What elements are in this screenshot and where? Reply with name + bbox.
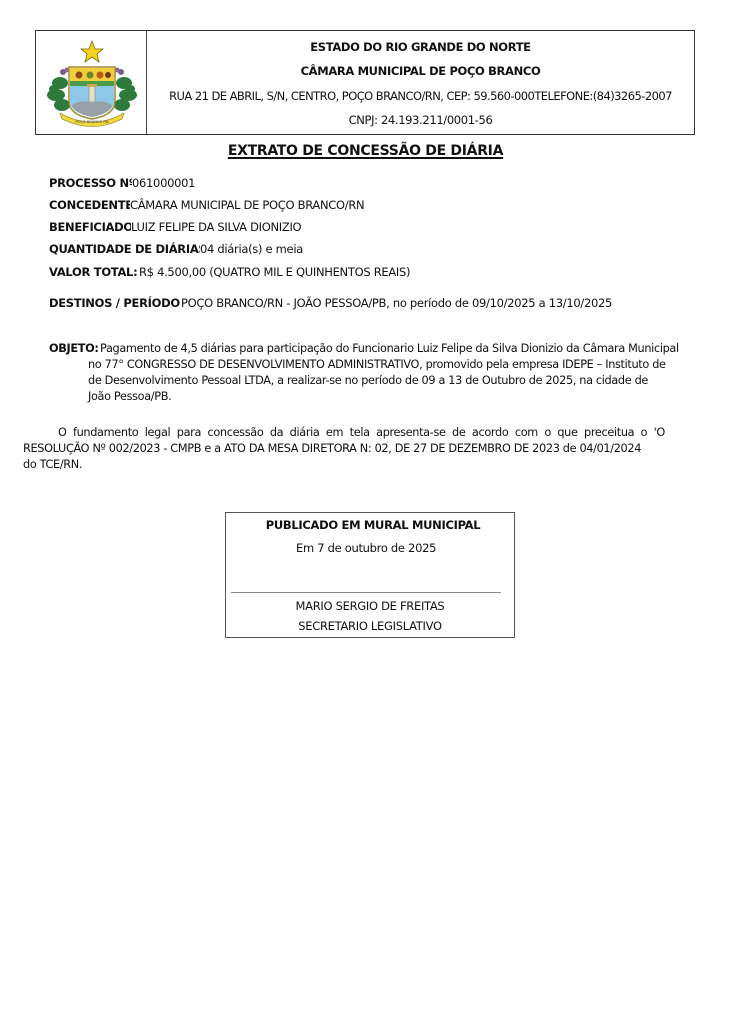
field-value: 04 diária(s) e meia <box>200 242 303 256</box>
objeto-line: João Pessoa/PB. <box>88 389 171 405</box>
field-beneficiado: BENEFICIADO:LUIZ FELIPE DA SILVA DIONIZI… <box>49 220 301 234</box>
field-valor-total: VALOR TOTAL: R$ 4.500,00 (QUATRO MIL E Q… <box>49 265 410 279</box>
objeto-line: no 77° CONGRESSO DE DESENVOLVIMENTO ADMI… <box>88 357 666 373</box>
institution-name: CÂMARA MUNICIPAL DE POÇO BRANCO <box>147 64 694 78</box>
field-value: POÇO BRANCO/RN - JOÃO PESSOA/PB, no perí… <box>181 296 612 310</box>
field-value: 061000001 <box>132 176 195 190</box>
signature-line <box>231 592 501 593</box>
svg-text:POÇO BRANCO RN: POÇO BRANCO RN <box>75 120 108 124</box>
coat-of-arms-icon: POÇO BRANCO RN <box>42 39 142 129</box>
letterhead: POÇO BRANCO RN ESTADO DO RIO GRANDE DO N… <box>35 30 695 135</box>
field-value: CÂMARA MUNICIPAL DE POÇO BRANCO/RN <box>130 198 364 212</box>
publication-stamp: PUBLICADO EM MURAL MUNICIPAL Em 7 de out… <box>225 512 515 638</box>
objeto-line: Pagamento de 4,5 diárias para participaç… <box>100 341 679 357</box>
field-quantidade: QUANTIDADE DE DIÁRIAS:04 diária(s) e mei… <box>49 242 303 256</box>
field-destinos: DESTINOS / PERÍODO:POÇO BRANCO/RN - JOÃO… <box>49 296 612 310</box>
document-title: EXTRATO DE CONCESSÃO DE DIÁRIA <box>0 143 731 159</box>
legal-basis-line: do TCE/RN. <box>23 457 82 473</box>
document-page: POÇO BRANCO RN ESTADO DO RIO GRANDE DO N… <box>0 0 731 1024</box>
field-processo: PROCESSO Nº061000001 <box>49 176 195 190</box>
field-value: R$ 4.500,00 (QUATRO MIL E QUINHENTOS REA… <box>139 265 410 279</box>
objeto-line: de Desenvolvimento Pessoal LTDA, a reali… <box>88 373 648 389</box>
field-value: LUIZ FELIPE DA SILVA DIONIZIO <box>131 220 301 234</box>
legal-basis-line: O fundamento legal para concessão da diá… <box>58 425 665 441</box>
state-name: ESTADO DO RIO GRANDE DO NORTE <box>147 40 694 54</box>
document-title-text: EXTRATO DE CONCESSÃO DE DIÁRIA <box>228 143 503 159</box>
signer-name: MARIO SERGIO DE FREITAS <box>226 599 514 613</box>
field-label: DESTINOS / PERÍODO: <box>49 296 181 310</box>
letterhead-text: ESTADO DO RIO GRANDE DO NORTE CÂMARA MUN… <box>147 31 694 134</box>
legal-basis-line: RESOLUÇÃO Nº 002/2023 - CMPB e a ATO DA … <box>23 441 641 457</box>
publication-title: PUBLICADO EM MURAL MUNICIPAL <box>226 518 514 532</box>
field-label: VALOR TOTAL: <box>49 265 139 279</box>
signer-role: SECRETARIO LEGISLATIVO <box>226 619 514 633</box>
institution-address: RUA 21 DE ABRIL, S/N, CENTRO, POÇO BRANC… <box>147 89 694 103</box>
field-concedente: CONCEDENTE:CÂMARA MUNICIPAL DE POÇO BRAN… <box>49 198 364 212</box>
logo-cell: POÇO BRANCO RN <box>36 31 147 134</box>
field-label: PROCESSO Nº <box>49 176 132 190</box>
field-label: CONCEDENTE: <box>49 198 130 212</box>
publication-date: Em 7 de outubro de 2025 <box>296 541 436 555</box>
field-label: BENEFICIADO: <box>49 220 131 234</box>
institution-cnpj: CNPJ: 24.193.211/0001-56 <box>147 113 694 127</box>
objeto-label: OBJETO: <box>49 341 99 357</box>
field-label: QUANTIDADE DE DIÁRIAS: <box>49 242 200 256</box>
